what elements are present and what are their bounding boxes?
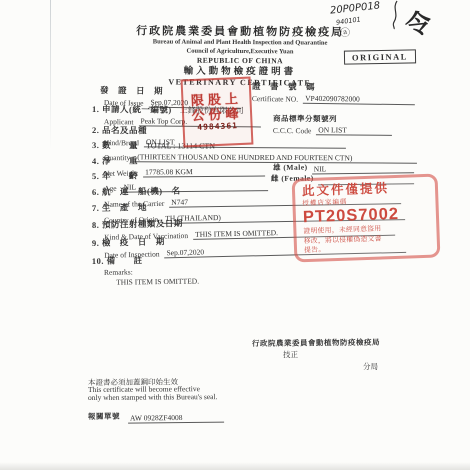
field-9-no: 9. (92, 238, 100, 248)
field-10-label-zh: 備 註 (107, 255, 143, 266)
footer-bureau-name: 行政院農業委員會動植物防疫檢疫局 (252, 337, 380, 349)
field-2-no: 2. (92, 125, 99, 135)
certificate-number-block: 證 書 號 碼 Certificate NO.VP402090782000 (252, 80, 416, 105)
field-7-label-zh: 生 產 地 (102, 202, 147, 213)
footer-officer-title: 技正 (283, 349, 298, 360)
field-9-label-zh: 檢 疫 日 期 (102, 236, 165, 247)
original-stamp: ORIGINAL (344, 49, 416, 64)
handwritten-code: 20P0P018 (330, 0, 381, 16)
customs-declaration-label: 報關單號 (88, 412, 120, 421)
certificate-number-label-en: Certificate NO. (252, 94, 298, 104)
field-10-no: 10. (92, 256, 104, 266)
scan-bottom-shadow (0, 462, 470, 470)
certificate-number-value: VP402090782000 (303, 94, 415, 106)
field-8-label-zh: 預防注射種類及日期 (102, 218, 183, 230)
field-2-label-zh: 品名及品種 (102, 125, 147, 135)
customs-declaration-row: 報關單號 AW 0928ZF4008 (88, 405, 224, 424)
company-seal-number: 4984361 (197, 121, 238, 133)
field-7-no: 7. (92, 203, 100, 213)
remarks-value: THIS ITEM IS OMITTED. (92, 277, 199, 287)
company-seal-stamp: 限股上 公份峰 4984361 (181, 77, 254, 148)
field-5-label-zh: 年 齡 (102, 171, 138, 181)
field-3-label-zh: 數 量 (102, 140, 138, 150)
footer-branch-label: 分局 (363, 361, 378, 372)
customs-declaration-value: AW 0928ZF4008 (128, 413, 224, 424)
footer-note-en2: only when stamped with this Bureau's sea… (88, 392, 218, 402)
ccc-label-zh: 商品標準分類號列 (273, 113, 392, 125)
field-1-no: 1. (92, 104, 99, 114)
handwritten-big-char: 令 (403, 3, 433, 43)
field-8-no: 8. (92, 220, 100, 230)
field-4-label-zh: 淨 重 (102, 156, 138, 166)
field-3-no: 3. (92, 140, 99, 150)
authorization-stamp: 此文件僅提供 授權店家編碼 PT20S7002 證明使用，未經同意盜用 移改，將… (292, 173, 441, 262)
field-6-no: 6. (92, 187, 100, 197)
certificate-number-label-zh: 證 書 號 碼 (252, 80, 415, 94)
field-6-label-zh: 航 運 船(機) 名 (102, 186, 181, 197)
paper-edge-line (50, 0, 51, 150)
handwritten-scribble-icon (388, 0, 402, 30)
field-1-label-zh: 申請人(統一編號) (102, 104, 172, 115)
scanned-veterinary-certificate: 行政院農業委員會動植物防疫檢疫局 Bureau of Animal and Pl… (0, 0, 470, 470)
field-10-label-en: Remarks: (104, 267, 133, 276)
handwritten-circle-mark: ⓐ (339, 23, 351, 39)
field-5-no: 5. (92, 171, 99, 181)
field-remarks: 10. 備 註 Remarks: THIS ITEM IS OMITTED. (92, 254, 199, 287)
field-4-no: 4. (92, 156, 99, 166)
